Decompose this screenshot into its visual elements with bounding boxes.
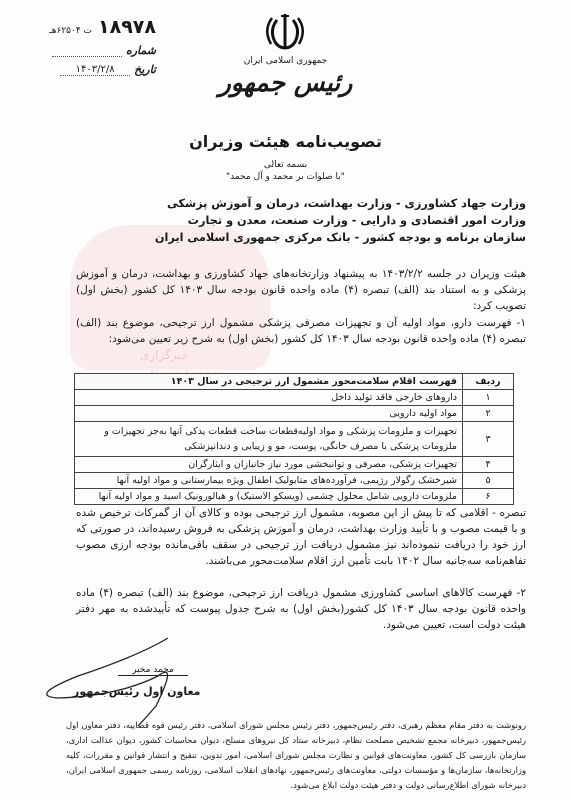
reference-code: ت ۶۲۵۰۴هـ bbox=[49, 26, 92, 36]
bismillah: بسمه تعالی bbox=[0, 160, 571, 170]
row-item: تجهیزات و ملزومات پزشکی و مواد اولیه‌قطع… bbox=[75, 422, 463, 457]
row-item: داروهای خارجی فاقد تولید داخل bbox=[75, 390, 463, 406]
row-number: ۳ bbox=[463, 422, 514, 457]
signature-scribble-icon bbox=[38, 636, 238, 726]
column-header-row-number: ردیف bbox=[463, 374, 514, 390]
table-row: ۳ تجهیزات و ملزومات پزشکی و مواد اولیه‌ق… bbox=[75, 422, 514, 457]
addressee-line: وزارت جهاد کشاورزی - وزارت بهداشت، درمان… bbox=[146, 195, 526, 212]
row-item: شیرخشک رگولار رژیمی، فرآورده‌های متابولی… bbox=[75, 473, 463, 489]
item1-paragraph: ۱- فهرست دارو، مواد اولیه آن و تجهیزات م… bbox=[76, 315, 526, 347]
reference-block: ت ۶۲۵۰۴هـ ۱۸۹۷۸ شماره تاریخ ۱۴۰۳/۲/۸ bbox=[6, 16, 156, 76]
row-number: ۱ bbox=[463, 390, 514, 406]
addressee-line: سازمان برنامه و بودجه کشور - بانک مرکزی … bbox=[146, 229, 526, 246]
row-item: مواد اولیه دارویی bbox=[75, 406, 463, 422]
row-number: ۴ bbox=[463, 457, 514, 473]
row-number: ۵ bbox=[463, 473, 514, 489]
row-item: ملزومات دارویی شامل محلول چشمی (ویسکو ال… bbox=[75, 489, 463, 505]
table-row: ۵ شیرخشک رگولار رژیمی، فرآورده‌های متابو… bbox=[75, 473, 514, 489]
table-row: ۴ تجهیزات پزشکی، مصرفی و توانبخشی مورد ن… bbox=[75, 457, 514, 473]
column-header-items: فهرست اقلام سلامت‌محور مشمول ارز ترجیحی … bbox=[75, 374, 463, 390]
signatory-name: محمد مخبر bbox=[118, 665, 188, 676]
republic-title: جمهوری اسلامی ایران bbox=[0, 56, 571, 66]
president-title: رئیس جمهور bbox=[0, 68, 571, 97]
addressees: وزارت جهاد کشاورزی - وزارت بهداشت، درمان… bbox=[146, 195, 526, 246]
document-type: تصویب‌نامه هیئت وزیران bbox=[0, 132, 571, 151]
row-number: ۶ bbox=[463, 489, 514, 505]
document-page: ت ۶۲۵۰۴هـ ۱۸۹۷۸ شماره تاریخ ۱۴۰۳/۲/۸ جمه… bbox=[0, 0, 571, 800]
note-paragraph: تبصره - اقلامی که تا پیش از این مصوبه، م… bbox=[76, 505, 526, 569]
items-table: ردیف فهرست اقلام سلامت‌محور مشمول ارز تر… bbox=[74, 373, 514, 505]
salawat: "با صلوات بر محمد و آل محمد" bbox=[0, 172, 571, 182]
table-row: ۶ ملزومات دارویی شامل محلول چشمی (ویسکو … bbox=[75, 489, 514, 505]
iran-emblem-icon bbox=[263, 12, 307, 52]
watermark-text-fa: خبرگزاری bbox=[140, 348, 189, 362]
table-header-row: ردیف فهرست اقلام سلامت‌محور مشمول ارز تر… bbox=[75, 374, 514, 390]
reference-top: ت ۶۲۵۰۴هـ ۱۸۹۷۸ bbox=[6, 16, 156, 38]
item2-paragraph: ۲- فهرست کالاهای اساسی کشاورزی مشمول دری… bbox=[76, 585, 526, 633]
reference-number: ۱۸۹۷۸ bbox=[98, 16, 156, 38]
number-value bbox=[52, 45, 122, 57]
cc-list: رونوشت به دفتر مقام معظم رهبری، دفتر رئی… bbox=[66, 718, 526, 793]
row-number: ۲ bbox=[463, 406, 514, 422]
intro-paragraph: هیئت وزیران در جلسه ۱۴۰۳/۲/۲ به پیشنهاد … bbox=[76, 266, 526, 314]
table-row: ۱ داروهای خارجی فاقد تولید داخل bbox=[75, 390, 514, 406]
signatory-title: معاون اول رئیس‌جمهور bbox=[73, 685, 200, 698]
table-row: ۲ مواد اولیه دارویی bbox=[75, 406, 514, 422]
addressee-line: وزارت امور اقتصادی و دارایی - وزارت صنعت… bbox=[146, 212, 526, 229]
row-item: تجهیزات پزشکی، مصرفی و توانبخشی مورد نیا… bbox=[75, 457, 463, 473]
